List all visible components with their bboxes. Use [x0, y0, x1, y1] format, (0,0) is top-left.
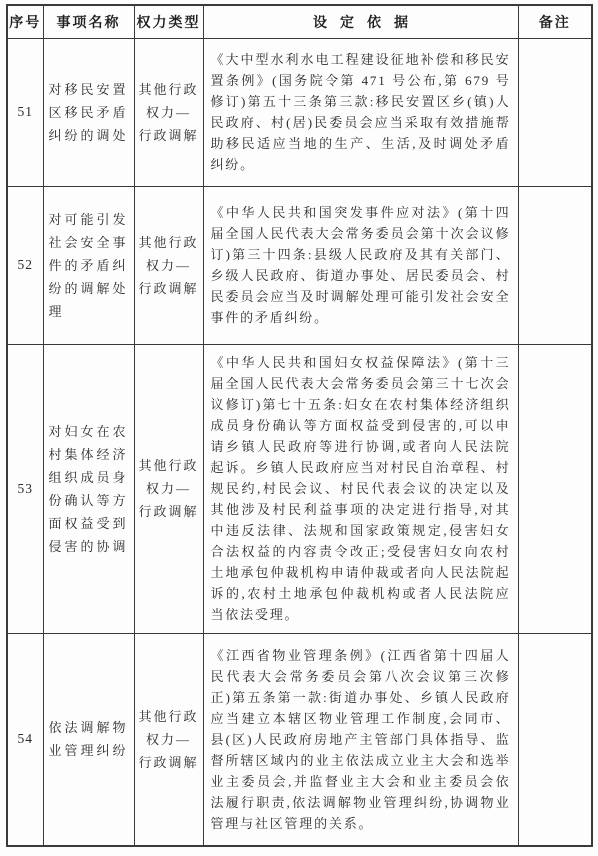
power-type-line: 其他行政: [135, 231, 203, 254]
power-type-cell: 其他行政 权力— 行政调解: [134, 633, 203, 846]
power-type-line: 权力—: [135, 728, 203, 751]
item-name-cell: 依法调解物业管理纠纷: [43, 633, 134, 846]
table-row-52: 52 对可能引发社会安全事件的矛盾纠纷的调解处理 其他行政 权力— 行政调解 《…: [7, 186, 592, 344]
item-name-text: 对可能引发社会安全事件的矛盾纠纷的调解处理: [49, 208, 129, 323]
power-type-line: 权力—: [135, 477, 203, 500]
power-type-line: 其他行政: [135, 454, 203, 477]
power-type-line: 行政调解: [135, 751, 203, 774]
header-row: 序号 事项名称 权力类型 设定依据 备注: [7, 5, 592, 38]
power-type-line: 其他行政: [135, 78, 203, 101]
header-seq: 序号: [7, 5, 43, 38]
power-type-line: 行政调解: [135, 500, 203, 523]
power-type-line: 权力—: [135, 101, 203, 124]
power-type-cell: 其他行政 权力— 行政调解: [134, 38, 203, 186]
table-row-51: 51 对移民安置区移民矛盾纠纷的调处 其他行政 权力— 行政调解 《大中型水利水…: [7, 38, 592, 186]
basis-cell: 《中华人民共和国妇女权益保障法》(第十三届全国人民代表大会常务委员会第三十七次会…: [203, 344, 518, 633]
basis-cell: 《大中型水利水电工程建设征地补偿和移民安置条例》(国务院令第 471 号公布,第…: [203, 38, 518, 186]
remark-cell: [518, 186, 592, 344]
header-item-name: 事项名称: [43, 5, 134, 38]
header-basis: 设定依据: [203, 5, 518, 38]
power-type-line: 行政调解: [135, 124, 203, 147]
table-row-54: 54 依法调解物业管理纠纷 其他行政 权力— 行政调解 《江西省物业管理条例》(…: [7, 633, 592, 846]
power-type-line: 其他行政: [135, 705, 203, 728]
item-name-cell: 对移民安置区移民矛盾纠纷的调处: [43, 38, 134, 186]
power-type-line: 权力—: [135, 254, 203, 277]
item-name-text: 对移民安置区移民矛盾纠纷的调处: [49, 78, 129, 147]
seq-cell: 54: [7, 633, 43, 846]
remark-cell: [518, 633, 592, 846]
item-name-text: 对妇女在农村集体经济组织成员身份确认等方面权益受到侵害的协调: [49, 420, 129, 558]
header-power-type: 权力类型: [134, 5, 203, 38]
administrative-power-table: 序号 事项名称 权力类型 设定依据 备注 51 对移民安置区移民矛盾纠纷的调处 …: [6, 4, 593, 847]
basis-text: 《江西省物业管理条例》(江西省第十四届人民代表大会常务委员会第八次会议第三次修正…: [211, 645, 511, 834]
power-type-cell: 其他行政 权力— 行政调解: [134, 186, 203, 344]
basis-text: 《大中型水利水电工程建设征地补偿和移民安置条例》(国务院令第 471 号公布,第…: [211, 49, 511, 175]
basis-text: 《中华人民共和国妇女权益保障法》(第十三届全国人民代表大会常务委员会第三十七次会…: [211, 352, 511, 625]
table-row-53: 53 对妇女在农村集体经济组织成员身份确认等方面权益受到侵害的协调 其他行政 权…: [7, 344, 592, 633]
seq-cell: 53: [7, 344, 43, 633]
basis-cell: 《江西省物业管理条例》(江西省第十四届人民代表大会常务委员会第八次会议第三次修正…: [203, 633, 518, 846]
header-remark: 备注: [518, 5, 592, 38]
item-name-cell: 对妇女在农村集体经济组织成员身份确认等方面权益受到侵害的协调: [43, 344, 134, 633]
power-type-line: 行政调解: [135, 277, 203, 300]
basis-text: 《中华人民共和国突发事件应对法》(第十四届全国人民代表大会常务委员会第十次会议修…: [211, 202, 511, 328]
scanned-document-page: 序号 事项名称 权力类型 设定依据 备注 51 对移民安置区移民矛盾纠纷的调处 …: [0, 0, 598, 856]
seq-cell: 52: [7, 186, 43, 344]
power-type-cell: 其他行政 权力— 行政调解: [134, 344, 203, 633]
item-name-text: 依法调解物业管理纠纷: [49, 716, 129, 762]
basis-cell: 《中华人民共和国突发事件应对法》(第十四届全国人民代表大会常务委员会第十次会议修…: [203, 186, 518, 344]
remark-cell: [518, 344, 592, 633]
remark-cell: [518, 38, 592, 186]
seq-cell: 51: [7, 38, 43, 186]
item-name-cell: 对可能引发社会安全事件的矛盾纠纷的调解处理: [43, 186, 134, 344]
